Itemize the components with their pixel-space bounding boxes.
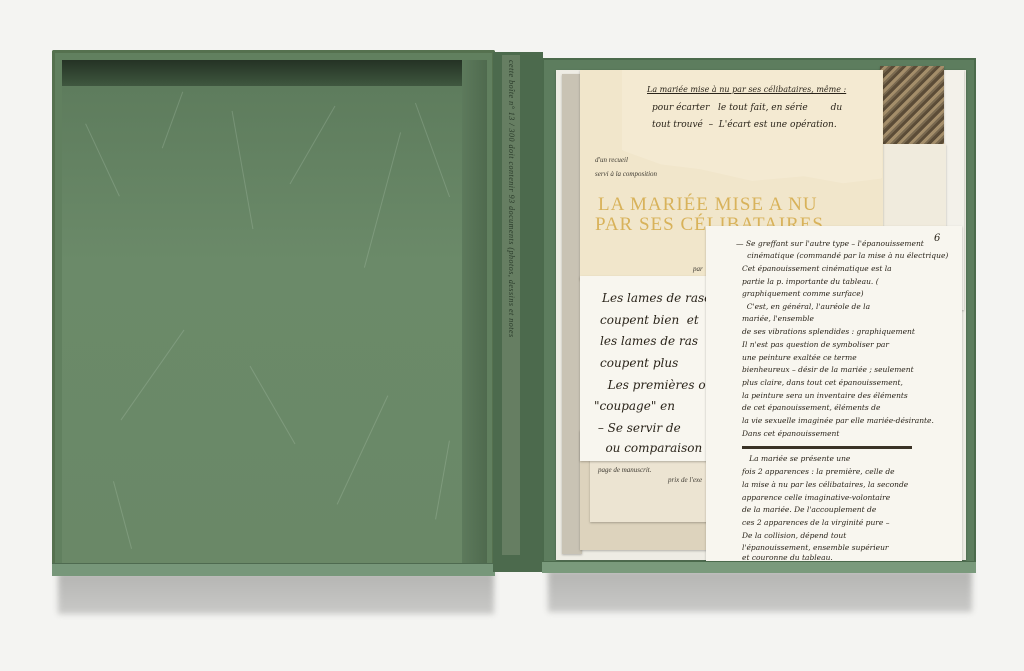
torn-note-line-3: tout trouvé – L'écart est une opération. [652, 121, 837, 130]
ms-line-8: de ses vibrations splendides : graphique… [742, 328, 915, 336]
ms-line-23: ces 2 apparences de la virginité pure – [742, 519, 889, 527]
ms-line-11: bienheureux – désir de la mariée ; seule… [742, 366, 914, 374]
ms-line-24: De la collision, dépend tout [742, 532, 846, 540]
spine-text: cette boîte n° 13 / 300 doit contenir 93… [500, 60, 522, 360]
page-number: 6 [934, 234, 940, 244]
ms-line-12: plus claire, dans tout cet épanouissemen… [742, 379, 903, 387]
ms-line-21: apparence celle imaginative-volontaire [742, 494, 890, 502]
manuscript-page-6: 6 — Se greffant sur l'autre type – l'épa… [706, 226, 962, 562]
ms-line-25: l'épanouissement, ensemble supérieur [742, 544, 889, 552]
ms-line-3: Cet épanouissement cinématique est la [742, 265, 892, 273]
ms-line-10: une peinture exaltée ce terme [742, 354, 857, 362]
razor-note-line-7: – Se servir de [594, 422, 681, 434]
ms-line-19: fois 2 apparences : la première, celle d… [742, 468, 895, 476]
razor-note-line-3: les lames de ras [600, 335, 698, 347]
lid-inner-surface [62, 60, 487, 565]
torn-note-line-2: pour écarter le tout fait, en série du [652, 104, 842, 113]
caption-right: prix de l'exe [668, 476, 702, 484]
tray-bottom-rim [542, 561, 976, 573]
torn-note-line-1: La mariée mise à nu par ses célibataires… [647, 86, 846, 94]
ms-line-22: de la mariée. De l'accouplement de [742, 506, 876, 514]
print-line-2: servi à la composition [595, 170, 657, 178]
lid-side-wall [462, 60, 487, 565]
ms-line-6: C'est, en général, l'auréole de la [742, 303, 870, 311]
ms-line-15: la vie sexuelle imaginée par elle mariée… [742, 417, 934, 425]
ms-line-4: partie la p. importante du tableau. ( [742, 278, 879, 286]
razor-note-line-8: ou comparaison [594, 442, 702, 454]
razor-note-line-2: coupent bien et [600, 314, 699, 326]
ms-line-9: Il n'est pas question de symboliser par [742, 341, 889, 349]
caption-strip: page de manuscrit. prix de l'exe [590, 460, 710, 522]
ms-line-16: Dans cet épanouissement [742, 430, 839, 438]
ms-line-5: graphiquement comme surface) [742, 290, 864, 298]
print-line-1: d'un recueil [595, 156, 628, 164]
ms-line-1: — Se greffant sur l'autre type – l'épano… [736, 240, 924, 248]
ms-line-13: la peinture sera un inventaire des éléme… [742, 392, 908, 400]
razor-note-line-4: coupent plus [600, 357, 678, 369]
ms-line-14: de cet épanouissement, éléments de [742, 404, 880, 412]
lid-shadow [58, 572, 494, 614]
print-by: par [693, 265, 703, 273]
ms-line-7: mariée, l'ensemble [742, 315, 814, 323]
razor-note-line-6: "coupage" en [594, 400, 675, 412]
title-line-1: LA MARIÉE MISE A NU [598, 194, 818, 216]
lid-top-shadow [62, 60, 487, 86]
photo-fragment [880, 66, 944, 144]
caption-left: page de manuscrit. [598, 466, 651, 474]
back-sheet-grey [562, 74, 582, 554]
struck-out-line [742, 446, 912, 449]
tray-shadow [548, 570, 972, 612]
razor-note: Les lames de rasoir coupent bien et les … [580, 276, 710, 461]
blank-sheet [880, 144, 946, 232]
ms-line-2: cinématique (commandé par la mise à nu é… [740, 252, 948, 260]
razor-note-line-1: Les lames de rasoir [602, 292, 710, 304]
razor-note-line-5: Les premières ont [600, 379, 710, 391]
lid-bottom-rim [52, 563, 495, 576]
ms-line-20: la mise à nu par les célibataires, la se… [742, 481, 908, 489]
ms-line-18: La mariée se présente une [742, 455, 850, 463]
